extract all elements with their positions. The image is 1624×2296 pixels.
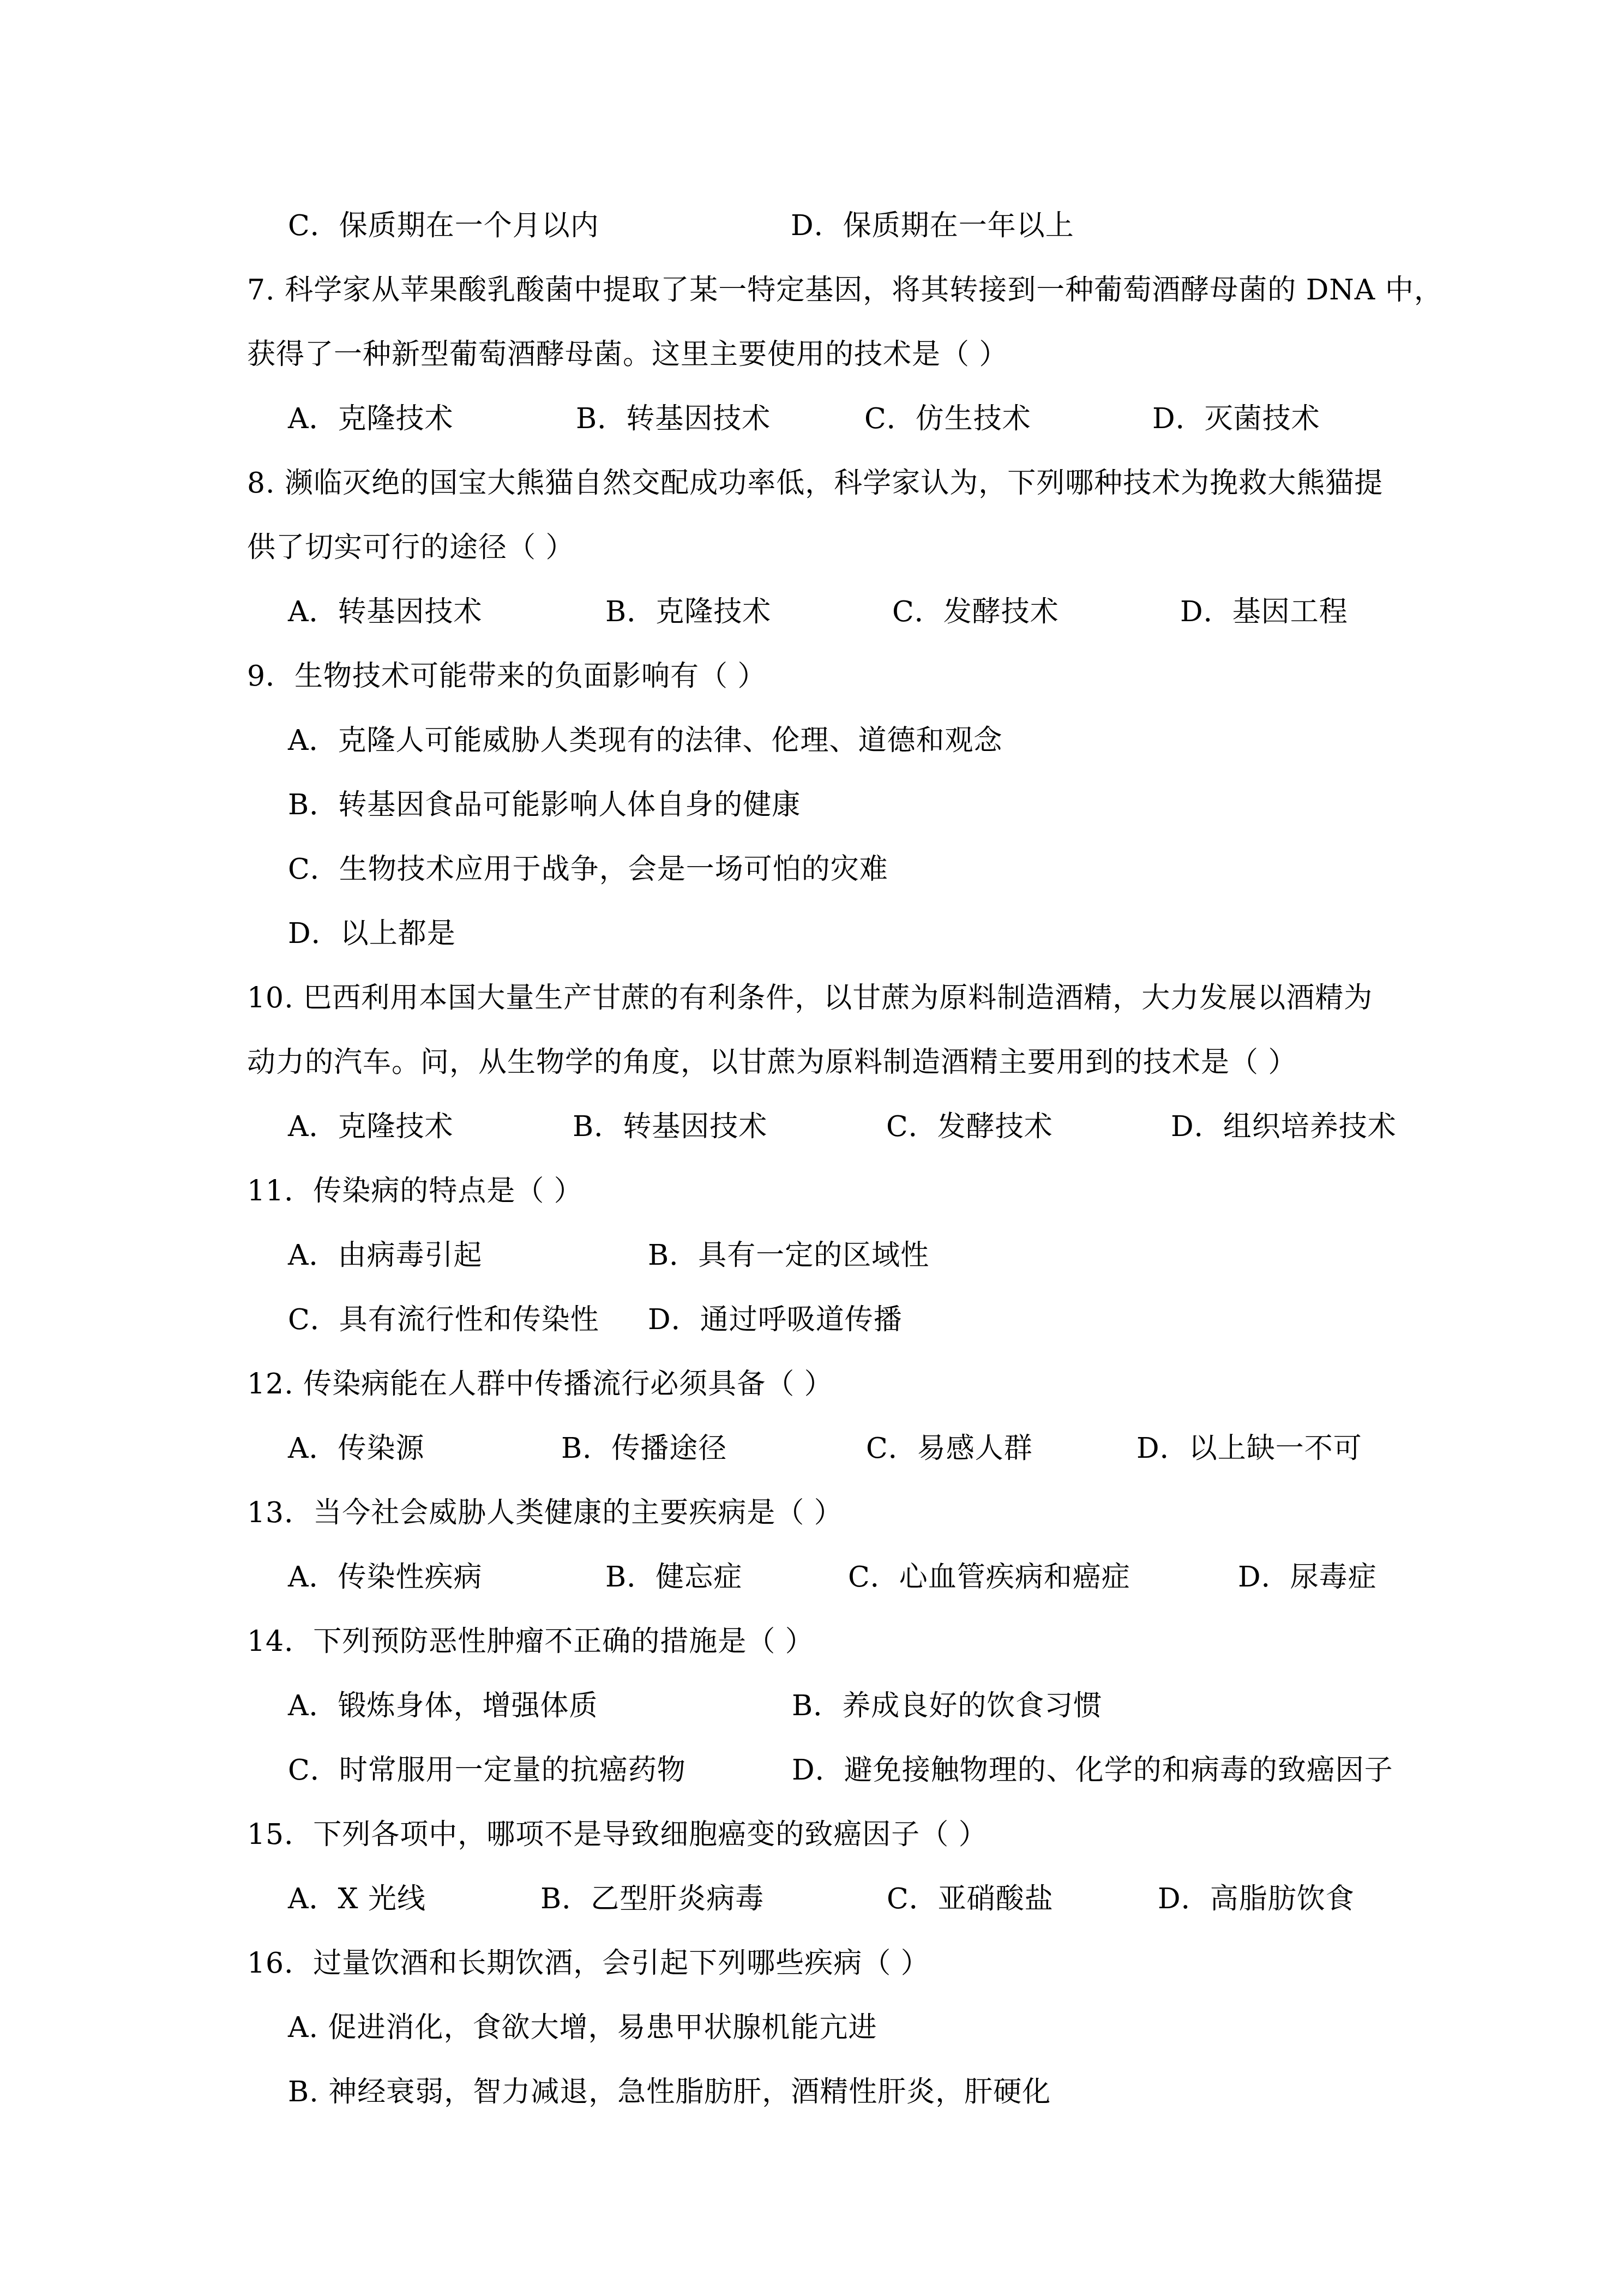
- q12-stem-line: 12. 传染病能在人群中传播流行必须具备（ ）: [0, 1352, 1624, 1416]
- q14-stem-line: 14．下列预防恶性肿瘤不正确的措施是（ ）: [0, 1609, 1624, 1674]
- q7-option-d: D．灭菌技术: [1152, 387, 1320, 451]
- q15-stem-text: 15．下列各项中，哪项不是导致细胞癌变的致癌因子（ ）: [247, 1802, 988, 1867]
- q10-option-b: B．转基因技术: [573, 1095, 767, 1159]
- q11-option-b: B．具有一定的区域性: [648, 1223, 929, 1288]
- q11-option-d: D．通过呼吸道传播: [648, 1288, 903, 1352]
- q11-stem-line: 11．传染病的特点是（ ）: [0, 1159, 1624, 1223]
- q15-option-d: D．高脂肪饮食: [1158, 1867, 1355, 1931]
- q9-option-d-row: D．以上都是: [0, 901, 1624, 966]
- q6-option-d: D．保质期在一年以上: [791, 194, 1074, 258]
- q10-stem-text-2: 动力的汽车。问，从生物学的角度，以甘蔗为原料制造酒精主要用到的技术是（ ）: [247, 1030, 1297, 1095]
- q14-options-row-2: C．时常服用一定量的抗癌药物 D．避免接触物理的、化学的和病毒的致癌因子: [0, 1738, 1624, 1802]
- q13-stem-text: 13．当今社会威胁人类健康的主要疾病是（ ）: [247, 1481, 843, 1545]
- q16-option-a: A. 促进消化，食欲大增，易患甲状腺机能亢进: [288, 1996, 877, 2060]
- q7-stem-text-2: 获得了一种新型葡萄酒酵母菌。这里主要使用的技术是（ ）: [247, 322, 1008, 387]
- q16-stem-line: 16．过量饮酒和长期饮酒，会引起下列哪些疾病（ ）: [0, 1931, 1624, 1996]
- q12-stem-text: 12. 传染病能在人群中传播流行必须具备（ ）: [247, 1352, 833, 1416]
- q14-option-d: D．避免接触物理的、化学的和病毒的致癌因子: [792, 1738, 1393, 1802]
- q8-option-c: C．发酵技术: [892, 580, 1059, 644]
- q9-option-b-row: B．转基因食品可能影响人体自身的健康: [0, 773, 1624, 837]
- q9-stem-line: 9．生物技术可能带来的负面影响有（ ）: [0, 644, 1624, 708]
- q16-option-b-row: B. 神经衰弱，智力减退，急性脂肪肝，酒精性肝炎，肝硬化: [0, 2060, 1624, 2124]
- q8-stem-text-1: 8. 濒临灭绝的国宝大熊猫自然交配成功率低，科学家认为，下列哪种技术为挽救大熊猫…: [247, 451, 1383, 515]
- q11-stem-text: 11．传染病的特点是（ ）: [247, 1159, 583, 1223]
- q8-option-d: D．基因工程: [1180, 580, 1348, 644]
- q9-option-c-row: C．生物技术应用于战争，会是一场可怕的灾难: [0, 837, 1624, 901]
- q7-options-row: A．克隆技术 B．转基因技术 C．仿生技术 D．灭菌技术: [0, 387, 1624, 451]
- q12-option-b: B．传播途径: [561, 1416, 727, 1481]
- q9-option-c: C．生物技术应用于战争，会是一场可怕的灾难: [288, 837, 888, 901]
- q8-option-b: B．克隆技术: [605, 580, 771, 644]
- q15-options-row: A．X 光线 B．乙型肝炎病毒 C．亚硝酸盐 D．高脂肪饮食: [0, 1867, 1624, 1931]
- q13-option-b: B．健忘症: [605, 1545, 742, 1609]
- q10-option-d: D．组织培养技术: [1171, 1095, 1397, 1159]
- q11-option-c: C．具有流行性和传染性: [288, 1288, 599, 1352]
- q14-stem-text: 14．下列预防恶性肿瘤不正确的措施是（ ）: [247, 1609, 814, 1674]
- q13-options-row: A．传染性疾病 B．健忘症 C．心血管疾病和癌症 D．尿毒症: [0, 1545, 1624, 1609]
- q7-option-c: C．仿生技术: [864, 387, 1031, 451]
- q14-option-c: C．时常服用一定量的抗癌药物: [288, 1738, 686, 1802]
- q16-option-b: B. 神经衰弱，智力减退，急性脂肪肝，酒精性肝炎，肝硬化: [288, 2060, 1051, 2124]
- q16-option-a-row: A. 促进消化，食欲大增，易患甲状腺机能亢进: [0, 1996, 1624, 2060]
- q9-option-b: B．转基因食品可能影响人体自身的健康: [288, 773, 801, 837]
- q12-option-c: C．易感人群: [866, 1416, 1033, 1481]
- q13-option-c: C．心血管疾病和癌症: [848, 1545, 1130, 1609]
- q7-stem-text-1: 7. 科学家从苹果酸乳酸菌中提取了某一特定基因，将其转接到一种葡萄酒酵母菌的 D…: [247, 258, 1443, 322]
- q8-options-row: A．转基因技术 B．克隆技术 C．发酵技术 D．基因工程: [0, 580, 1624, 644]
- q10-options-row: A．克隆技术 B．转基因技术 C．发酵技术 D．组织培养技术: [0, 1095, 1624, 1159]
- q8-stem-line-2: 供了切实可行的途径（ ）: [0, 515, 1624, 580]
- document-page: C．保质期在一个月以内 D．保质期在一年以上 7. 科学家从苹果酸乳酸菌中提取了…: [0, 0, 1624, 2296]
- q14-options-row-1: A．锻炼身体，增强体质 B．养成良好的饮食习惯: [0, 1674, 1624, 1738]
- q7-option-a: A．克隆技术: [288, 387, 454, 451]
- q15-option-b: B．乙型肝炎病毒: [540, 1867, 764, 1931]
- q13-option-a: A．传染性疾病: [288, 1545, 483, 1609]
- q13-stem-line: 13．当今社会威胁人类健康的主要疾病是（ ）: [0, 1481, 1624, 1545]
- q6-option-c: C．保质期在一个月以内: [288, 194, 599, 258]
- q11-options-row-2: C．具有流行性和传染性 D．通过呼吸道传播: [0, 1288, 1624, 1352]
- q14-option-a: A．锻炼身体，增强体质: [288, 1674, 598, 1738]
- q15-option-a: A．X 光线: [288, 1867, 426, 1931]
- q9-option-d: D．以上都是: [288, 901, 456, 966]
- q10-stem-text-1: 10. 巴西利用本国大量生产甘蔗的有利条件，以甘蔗为原料制造酒精，大力发展以酒精…: [247, 966, 1373, 1030]
- q7-stem-line-2: 获得了一种新型葡萄酒酵母菌。这里主要使用的技术是（ ）: [0, 322, 1624, 387]
- q10-option-c: C．发酵技术: [886, 1095, 1053, 1159]
- q9-option-a-row: A．克隆人可能威胁人类现有的法律、伦理、道德和观念: [0, 708, 1624, 773]
- q15-stem-line: 15．下列各项中，哪项不是导致细胞癌变的致癌因子（ ）: [0, 1802, 1624, 1867]
- q12-options-row: A．传染源 B．传播途径 C．易感人群 D．以上缺一不可: [0, 1416, 1624, 1481]
- q7-option-b: B．转基因技术: [576, 387, 771, 451]
- q7-stem-line-1: 7. 科学家从苹果酸乳酸菌中提取了某一特定基因，将其转接到一种葡萄酒酵母菌的 D…: [0, 258, 1624, 322]
- q11-options-row-1: A．由病毒引起 B．具有一定的区域性: [0, 1223, 1624, 1288]
- q10-stem-line-1: 10. 巴西利用本国大量生产甘蔗的有利条件，以甘蔗为原料制造酒精，大力发展以酒精…: [0, 966, 1624, 1030]
- q12-option-a: A．传染源: [288, 1416, 425, 1481]
- q13-option-d: D．尿毒症: [1238, 1545, 1377, 1609]
- q8-option-a: A．转基因技术: [288, 580, 483, 644]
- q9-option-a: A．克隆人可能威胁人类现有的法律、伦理、道德和观念: [288, 708, 1003, 773]
- q10-option-a: A．克隆技术: [288, 1095, 454, 1159]
- q14-option-b: B．养成良好的饮食习惯: [792, 1674, 1102, 1738]
- q8-stem-text-2: 供了切实可行的途径（ ）: [247, 515, 575, 580]
- q16-stem-text: 16．过量饮酒和长期饮酒，会引起下列哪些疾病（ ）: [247, 1931, 930, 1996]
- q9-stem-text: 9．生物技术可能带来的负面影响有（ ）: [247, 644, 767, 708]
- q10-stem-line-2: 动力的汽车。问，从生物学的角度，以甘蔗为原料制造酒精主要用到的技术是（ ）: [0, 1030, 1624, 1095]
- q12-option-d: D．以上缺一不可: [1136, 1416, 1362, 1481]
- q8-stem-line-1: 8. 濒临灭绝的国宝大熊猫自然交配成功率低，科学家认为，下列哪种技术为挽救大熊猫…: [0, 451, 1624, 515]
- q6-options-row: C．保质期在一个月以内 D．保质期在一年以上: [0, 194, 1624, 258]
- q15-option-c: C．亚硝酸盐: [887, 1867, 1054, 1931]
- q11-option-a: A．由病毒引起: [288, 1223, 483, 1288]
